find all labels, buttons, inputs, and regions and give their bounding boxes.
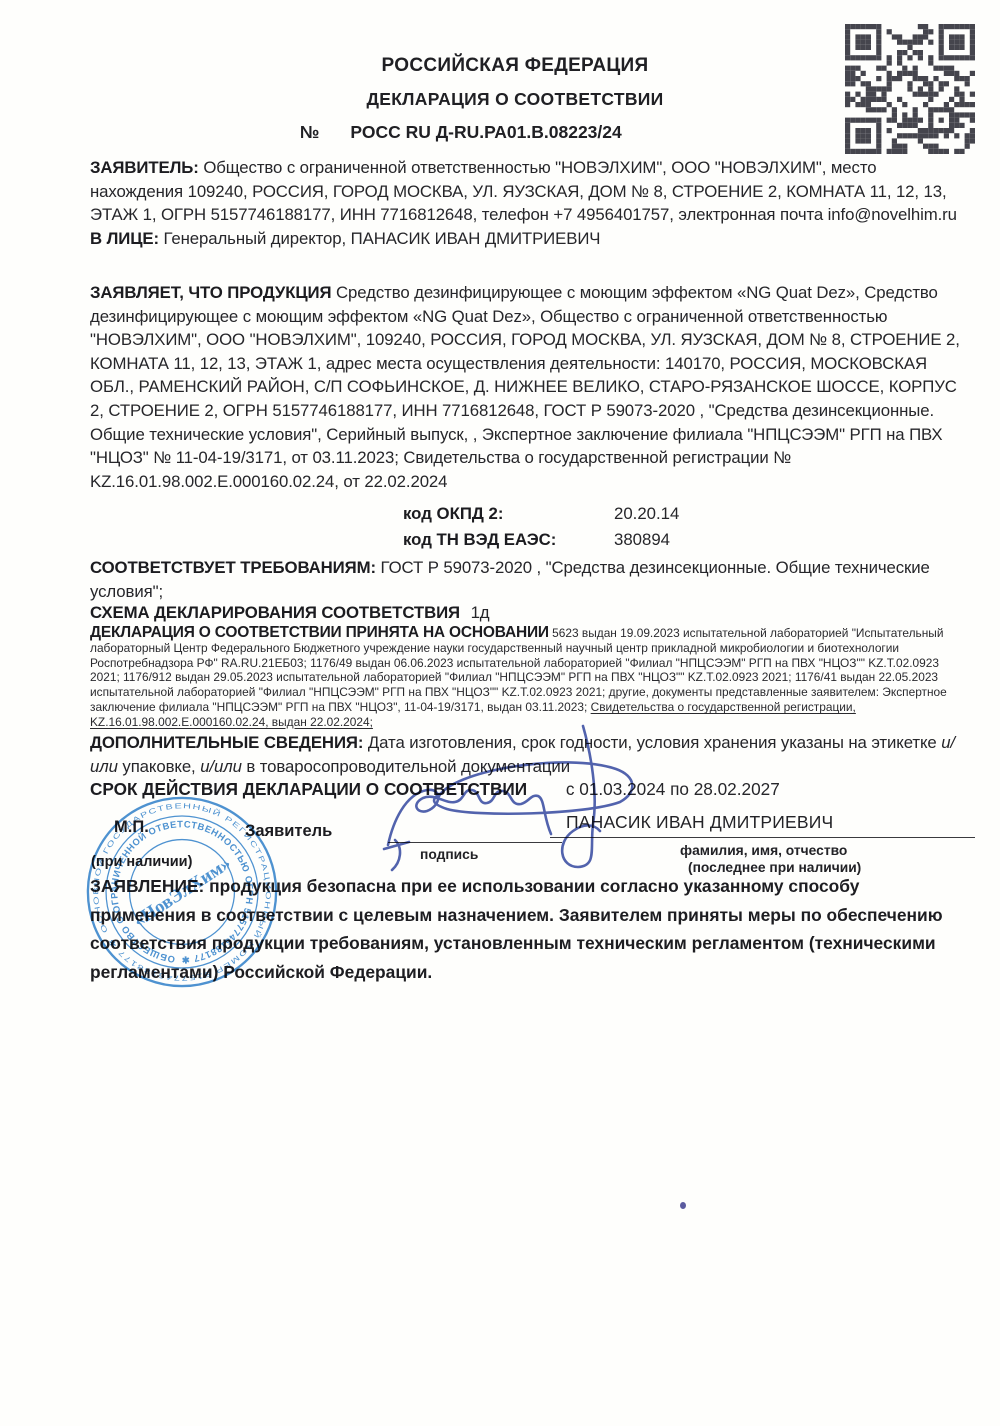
declaration-document: РОССИЙСКАЯ ФЕДЕРАЦИЯ ДЕКЛАРАЦИЯ О СООТВЕ… [0, 0, 1000, 1426]
okpd-label: код ОКПД 2: [403, 504, 503, 523]
tnved-label: код ТН ВЭД ЕАЭС: [403, 530, 556, 549]
requirements-label: СООТВЕТСТВУЕТ ТРЕБОВАНИЯМ: [90, 558, 376, 577]
declaration-number: № РОСС RU Д-RU.РА01.В.08223/24 [300, 122, 622, 143]
basis-label: ДЕКЛАРАЦИЯ О СООТВЕТСТВИИ ПРИНЯТА НА ОСН… [90, 624, 549, 641]
applicant-section: ЗАЯВИТЕЛЬ: Общество с ограниченной ответ… [90, 156, 964, 250]
scheme-label: СХЕМА ДЕКЛАРИРОВАНИЯ СООТВЕТСТВИЯ [90, 603, 460, 622]
applicant-text: Общество с ограниченной ответственностью… [90, 158, 957, 224]
number-sign: № [300, 122, 320, 142]
name-caption-1: фамилия, имя, отчество [680, 843, 847, 858]
product-text: Средство дезинфицирующее с моющим эффект… [90, 283, 960, 491]
stamp-center-text: «НовЭлХим» [130, 853, 235, 931]
country-title: РОССИЙСКАЯ ФЕДЕРАЦИЯ [0, 55, 1000, 77]
scheme-value: 1д [471, 603, 490, 622]
company-stamp: ОСНОВНОЙ ГОСУДАРСТВЕННЫЙ РЕГИСТРАЦИОННЫЙ… [84, 794, 280, 990]
person-label: В ЛИЦЕ: [90, 229, 159, 248]
ink-dot [680, 1202, 686, 1209]
requirements-section: СООТВЕТСТВУЕТ ТРЕБОВАНИЯМ: ГОСТ Р 59073-… [90, 556, 964, 603]
okpd-code-row: код ОКПД 2: 20.20.14 [403, 504, 503, 524]
product-section: ЗАЯВЛЯЕТ, ЧТО ПРОДУКЦИЯ Средство дезинфи… [90, 281, 964, 493]
okpd-value: 20.20.14 [614, 504, 679, 524]
document-title: ДЕКЛАРАЦИЯ О СООТВЕТСТВИИ [0, 89, 1000, 110]
number-value: РОСС RU Д-RU.РА01.В.08223/24 [350, 122, 621, 142]
tnved-value: 380894 [614, 530, 670, 550]
additional-italic: и/или [200, 757, 242, 776]
additional-label: ДОПОЛНИТЕЛЬНЫЕ СВЕДЕНИЯ: [90, 733, 363, 752]
signature-scribble [335, 712, 655, 882]
additional-text: упаковке, [118, 757, 200, 776]
tnved-code-row: код ТН ВЭД ЕАЭС: 380894 [403, 530, 556, 550]
person-text: Генеральный директор, ПАНАСИК ИВАН ДМИТР… [164, 229, 601, 248]
applicant-label: ЗАЯВИТЕЛЬ: [90, 158, 199, 177]
product-label: ЗАЯВЛЯЕТ, ЧТО ПРОДУКЦИЯ [90, 283, 331, 302]
scheme-section: СХЕМА ДЕКЛАРИРОВАНИЯ СООТВЕТСТВИЯ 1д [90, 601, 964, 625]
